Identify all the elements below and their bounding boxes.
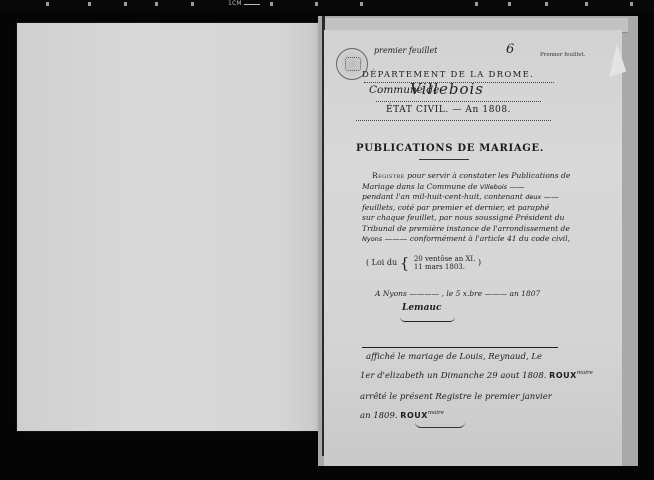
mayor-title: maire — [577, 370, 593, 376]
ruler-tick — [155, 2, 158, 6]
place-date-line: A Nyons ———— , le 5 x.bre ——— an 1807 — [375, 289, 540, 298]
left-page-blank — [17, 23, 323, 431]
ruler-tick — [191, 2, 194, 6]
annotation-line-3: arrêté le présent Registre le premier ja… — [360, 392, 552, 402]
body-line: pour servir à constater les Publications… — [407, 171, 570, 180]
mayor-title: maire — [428, 410, 444, 416]
title-underline — [419, 159, 469, 160]
loi-date-revolutionary: 20 ventôse an XI. — [414, 255, 476, 263]
ornamental-rule — [376, 101, 541, 102]
right-page: premier feuillet 6 Premier feuillet. DÉP… — [324, 30, 622, 466]
scan-ruler: 1CM — [0, 0, 654, 12]
ruler-tick — [315, 2, 318, 6]
law-reference: ( Loi du { 20 ventôse an XI. 11 mars 180… — [366, 254, 481, 272]
body-line: feuillets, coté par premier et dernier, … — [362, 203, 549, 212]
ruler-tick — [46, 2, 49, 6]
folio-number: 6 — [506, 42, 514, 57]
body-line: Tribunal de première instance de l'arron… — [362, 224, 570, 233]
commune-name: Villebois — [410, 80, 484, 98]
filled-count: deux — [525, 193, 541, 201]
annotation-line-1: affiché le mariage de Louis, Reynaud, Le — [366, 352, 542, 362]
department-heading: DÉPARTEMENT DE LA DROME. — [362, 70, 534, 80]
ruler-tick — [270, 2, 273, 6]
ruler-tick — [630, 2, 633, 6]
president-signature: Lemauc — [402, 303, 441, 313]
publications-title: PUBLICATIONS DE MARIAGE. — [356, 143, 544, 154]
loi-date-gregorian: 11 mars 1803. — [414, 263, 465, 271]
ruler-scale-line — [244, 4, 260, 5]
ruler-tick — [475, 2, 478, 6]
place-name: Nyons — [383, 289, 407, 298]
place-year: an 1807 — [509, 289, 540, 298]
body-line: conformément à l'article 41 du code civi… — [410, 234, 570, 243]
etat-civil-heading: ÉTAT CIVIL. — An 1808. — [386, 105, 511, 115]
body-line: pendant l'an mil-huit-cent-huit, contena… — [362, 192, 523, 201]
loi-prefix: ( Loi du — [366, 258, 397, 267]
annotation-line-4: an 1809. ROUXmaire — [360, 410, 444, 421]
annotation-line-2: 1er d'elizabeth un Dimanche 29 aout 1808… — [360, 370, 593, 381]
ornamental-rule — [356, 120, 551, 121]
signature-flourish — [400, 317, 455, 322]
annotation-text: 1er d'elizabeth un Dimanche 29 aout 1808… — [360, 371, 546, 381]
place-le: , le — [442, 289, 454, 298]
registre-word: Registre — [372, 171, 405, 180]
ruler-tick — [585, 2, 588, 6]
register-body-text: Registre pour servir à constater les Pub… — [362, 171, 610, 245]
mayor-signature: ROUX — [549, 371, 577, 380]
ruler-tick — [88, 2, 91, 6]
mayor-signature: ROUX — [400, 411, 428, 420]
filled-arrondissement: Nyons — [362, 235, 382, 243]
loi-suffix: ) — [478, 258, 481, 267]
body-line: Mariage dans la Commune de — [362, 182, 477, 191]
ruler-tick — [508, 2, 511, 6]
ruler-tick — [360, 2, 363, 6]
ruler-tick — [545, 2, 548, 6]
place-a: A — [375, 289, 380, 298]
ruler-tick — [124, 2, 127, 6]
folio-note: premier feuillet — [374, 46, 437, 55]
body-line: sur chaque feuillet, par nous soussigné … — [362, 213, 564, 222]
ruler-label: 1CM — [228, 0, 242, 7]
folio-label: Premier feuillet. — [540, 52, 586, 58]
place-date: 5 x.bre — [456, 289, 483, 298]
signature-flourish — [415, 422, 465, 428]
filled-commune: Villebois — [480, 183, 507, 191]
annotation-text: an 1809. — [360, 411, 398, 421]
section-divider — [362, 347, 558, 348]
brace-glyph: { — [400, 254, 410, 272]
